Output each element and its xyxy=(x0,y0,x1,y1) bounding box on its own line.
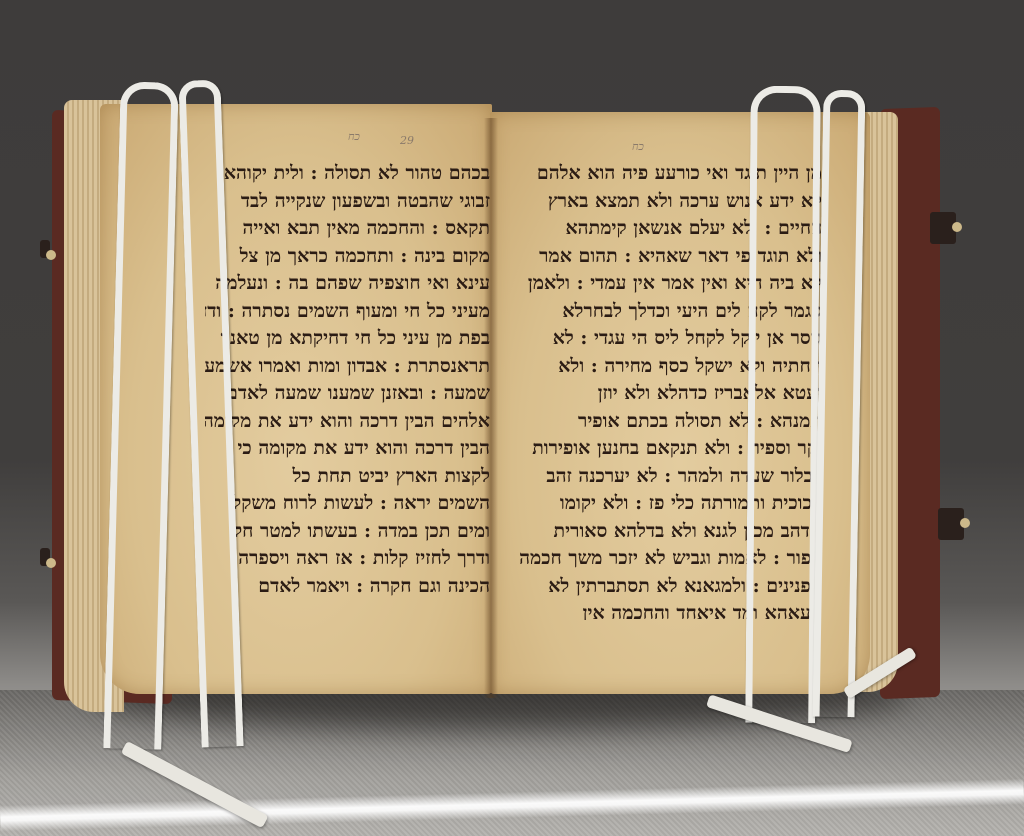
text-line: בכהם טהור לא תסולה : ולית יקוהא xyxy=(205,160,490,188)
clasp-top-left xyxy=(40,240,50,258)
text-line: ודרך לחזיז קלות : אז ראה ויספרה xyxy=(205,545,490,573)
text-line: מעיני כל חי ומעוף השמים נסתרה : ודד xyxy=(205,298,490,326)
text-line: תקאס : והחכמה מאין תבא ואייה xyxy=(205,215,490,243)
clasp-bottom-right xyxy=(938,508,964,540)
clasp-top-right xyxy=(930,212,956,244)
right-folio-hebrew: כח xyxy=(632,140,644,153)
text-line: בפת מן עיני כל חי דחיקתא מן טאנר xyxy=(205,325,490,353)
text-line: עינא ואי חוצפיה שפהם בה : ונעלמה xyxy=(205,270,490,298)
clasp-bottom-left xyxy=(40,548,50,566)
manuscript-photo: כח 29 כח בכהם טהור לא תסולה : ולית יקוהא… xyxy=(0,0,1024,836)
left-folio-hebrew: כח xyxy=(348,130,360,143)
text-line: הבין דרכה והוא ידע את מקומה כי xyxy=(205,435,490,463)
cord-right-outer xyxy=(745,86,821,724)
text-line: ומים תכן במדה : בעשתו למטר חק xyxy=(205,518,490,546)
text-line: אלהים הבין דרכה והוא ידע את מקומה xyxy=(205,408,490,436)
text-line: הכינה וגם חקרה : ויאמר לאדם xyxy=(205,573,490,601)
text-line: מקום בינה : ותחכמה כראך מן צל xyxy=(205,243,490,271)
text-line: שמעה : ובאזנן שמענו שמעה לאדם xyxy=(205,380,490,408)
text-line: השמים יראה : לעשות לרוח משקל xyxy=(205,490,490,518)
text-line: זבוגי שהבטה ובשפעון שנקייה לבד xyxy=(205,188,490,216)
text-line: תראנסתרת : אבדון ומות ואמרו אשמע xyxy=(205,353,490,381)
left-folio-number: 29 xyxy=(400,134,414,147)
left-page-text: בכהם טהור לא תסולה : ולית יקוהא זבוגי שה… xyxy=(205,160,490,640)
text-line: לקצות הארץ יביט תחת כל xyxy=(205,463,490,491)
